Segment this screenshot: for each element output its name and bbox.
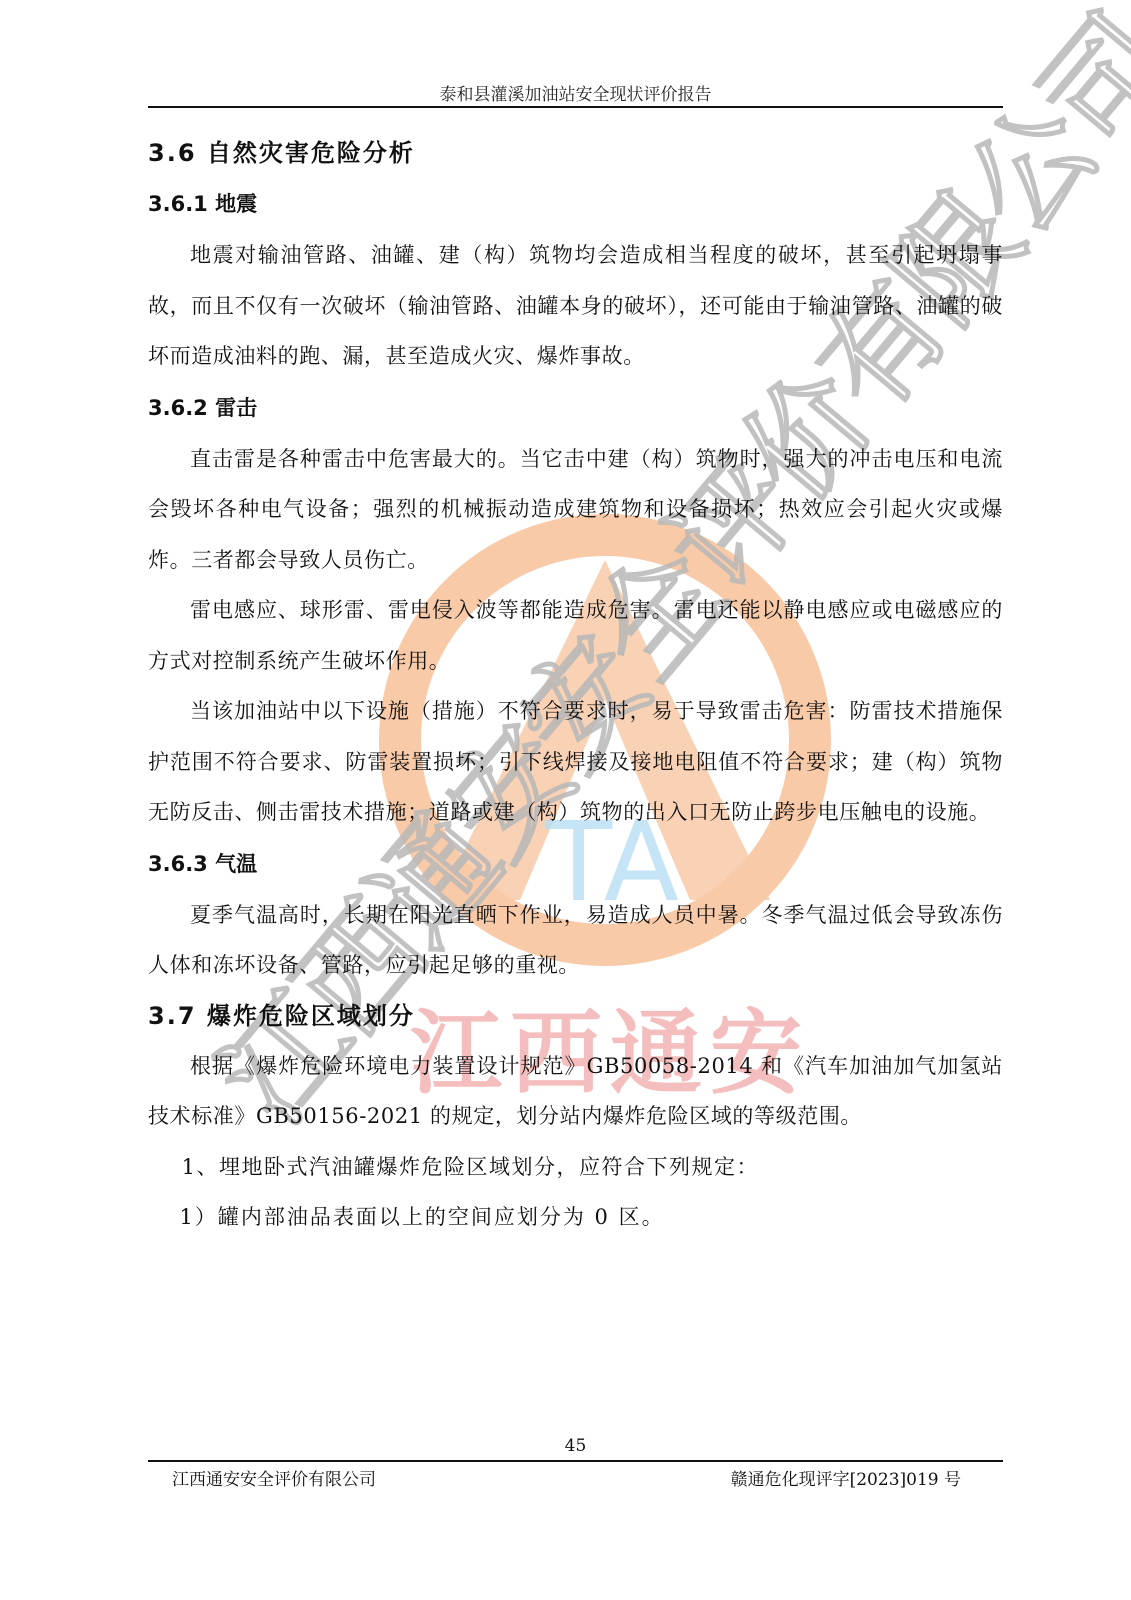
paragraph: 当该加油站中以下设施（措施）不符合要求时，易于导致雷击危害：防雷技术措施保护范围… — [148, 686, 1003, 838]
paragraph: 夏季气温高时，长期在阳光直晒下作业，易造成人员中暑。冬季气温过低会导致冻伤人体和… — [148, 890, 1003, 991]
heading-3-6-3: 3.6.3 气温 — [148, 838, 1003, 890]
document-body: 3.6 自然灾害危险分析 3.6.1 地震 地震对输油管路、油罐、建（构）筑物均… — [148, 128, 1003, 1243]
footer-report-number: 赣通危化现评字[2023]019 号 — [731, 1465, 961, 1490]
list-item: 1）罐内部油品表面以上的空间应划分为 0 区。 — [148, 1192, 1003, 1243]
header-divider — [148, 106, 1003, 108]
report-header-title: 泰和县灌溪加油站安全现状评价报告 — [148, 80, 1003, 105]
paragraph: 地震对输油管路、油罐、建（构）筑物均会造成相当程度的破坏，甚至引起坍塌事故，而且… — [148, 230, 1003, 382]
document-page: TA 江西通安 江西通安安全评价有限公司 泰和县灌溪加油站安全现状评价报告 3.… — [0, 0, 1131, 1600]
heading-3-6-2: 3.6.2 雷击 — [148, 382, 1003, 434]
heading-3-6-1: 3.6.1 地震 — [148, 178, 1003, 230]
list-item: 1、埋地卧式汽油罐爆炸危险区域划分，应符合下列规定： — [148, 1142, 1003, 1193]
paragraph: 直击雷是各种雷击中危害最大的。当它击中建（构）筑物时，强大的冲击电压和电流会毁坏… — [148, 434, 1003, 586]
heading-3-7: 3.7 爆炸危险区域划分 — [148, 991, 1003, 1041]
page-number: 45 — [148, 1436, 1003, 1456]
paragraph: 根据《爆炸危险环境电力装置设计规范》GB50058-2014 和《汽车加油加气加… — [148, 1041, 1003, 1142]
footer-company: 江西通安安全评价有限公司 — [172, 1465, 376, 1490]
paragraph: 雷电感应、球形雷、雷电侵入波等都能造成危害。雷电还能以静电感应或电磁感应的方式对… — [148, 585, 1003, 686]
footer-divider — [148, 1460, 1003, 1462]
heading-3-6: 3.6 自然灾害危险分析 — [148, 128, 1003, 178]
